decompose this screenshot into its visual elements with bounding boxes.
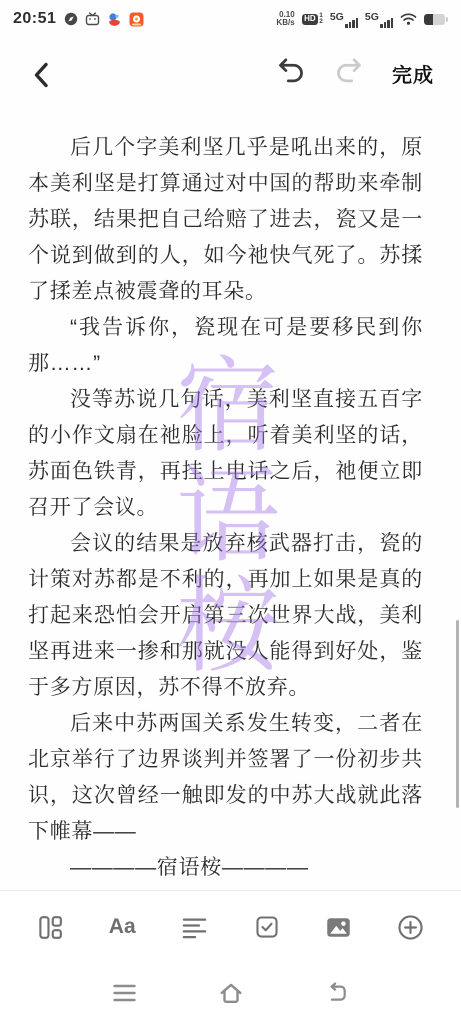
redo-button[interactable] [334, 56, 364, 91]
sim1-signal-icon: 5G [330, 11, 358, 28]
recents-icon [112, 982, 137, 1004]
font-style-icon: Aa [109, 915, 136, 939]
paragraph[interactable]: 没等苏说几句话，美利坚直接五百字的小作文扇在祂脸上，听着美利坚的话，苏面色铁青，… [28, 382, 423, 526]
colorful-app-icon [107, 12, 122, 27]
recents-button[interactable] [110, 978, 140, 1008]
format-toolbar: Aa [0, 890, 461, 963]
back-nav-button[interactable] [322, 978, 352, 1008]
done-button[interactable]: 完成 [392, 59, 434, 88]
video-app-icon [129, 12, 144, 27]
battery-icon [424, 14, 448, 25]
status-bar: 20:51 0.1 [0, 0, 461, 38]
wifi-icon [400, 12, 417, 26]
android-nav-bar [0, 962, 461, 1024]
back-button[interactable] [28, 60, 54, 90]
network-speed: 0.10 KB/s [276, 11, 294, 27]
undo-button[interactable] [276, 56, 306, 91]
paragraph-format-icon [181, 914, 208, 941]
paragraph[interactable]: 会议的结果是放弃核武器打击，瓷的计策对苏都是不利的，再加上如果是真的打起来恐怕会… [28, 526, 423, 706]
checkbox-icon [254, 914, 280, 940]
undo-icon [276, 56, 306, 86]
add-icon [397, 914, 424, 941]
paragraph[interactable]: “我告诉你，瓷现在可是要移民到你那……” [28, 310, 423, 382]
add-button[interactable] [394, 910, 428, 944]
chevron-left-icon [33, 62, 49, 88]
layout-icon [37, 914, 64, 941]
home-button[interactable] [216, 978, 246, 1008]
paragraph-format-button[interactable] [177, 910, 211, 944]
font-style-button[interactable]: Aa [105, 910, 139, 944]
checkbox-button[interactable] [250, 910, 284, 944]
sim2-signal-icon: 5G [365, 11, 393, 28]
home-icon [218, 981, 244, 1006]
editor-text-area[interactable]: 后几个字美利坚几乎是吼出来的，原本美利坚是打算通过对中国的帮助来牵制苏联，结果把… [0, 112, 461, 890]
redo-icon [334, 56, 364, 86]
scrollbar[interactable] [456, 620, 459, 808]
paragraph[interactable]: 后来中苏两国关系发生转变，二者在北京举行了边界谈判并签署了一份初步共识，这次曾经… [28, 706, 423, 850]
author-separator-line[interactable]: ————宿语桉———— [28, 850, 423, 886]
image-icon [325, 914, 352, 941]
notification-icons [64, 12, 144, 27]
clock: 20:51 [13, 10, 56, 28]
tv-app-icon [85, 12, 100, 26]
layout-button[interactable] [33, 910, 67, 944]
edit-toolbar: 完成 [0, 38, 461, 112]
battery-fill [424, 14, 433, 25]
browser-icon [64, 12, 78, 26]
volte-hd-icon: HD 1 2 [302, 13, 323, 25]
insert-image-button[interactable] [322, 910, 356, 944]
paragraph[interactable]: 后几个字美利坚几乎是吼出来的，原本美利坚是打算通过对中国的帮助来牵制苏联，结果把… [28, 130, 423, 310]
back-nav-icon [324, 981, 349, 1005]
